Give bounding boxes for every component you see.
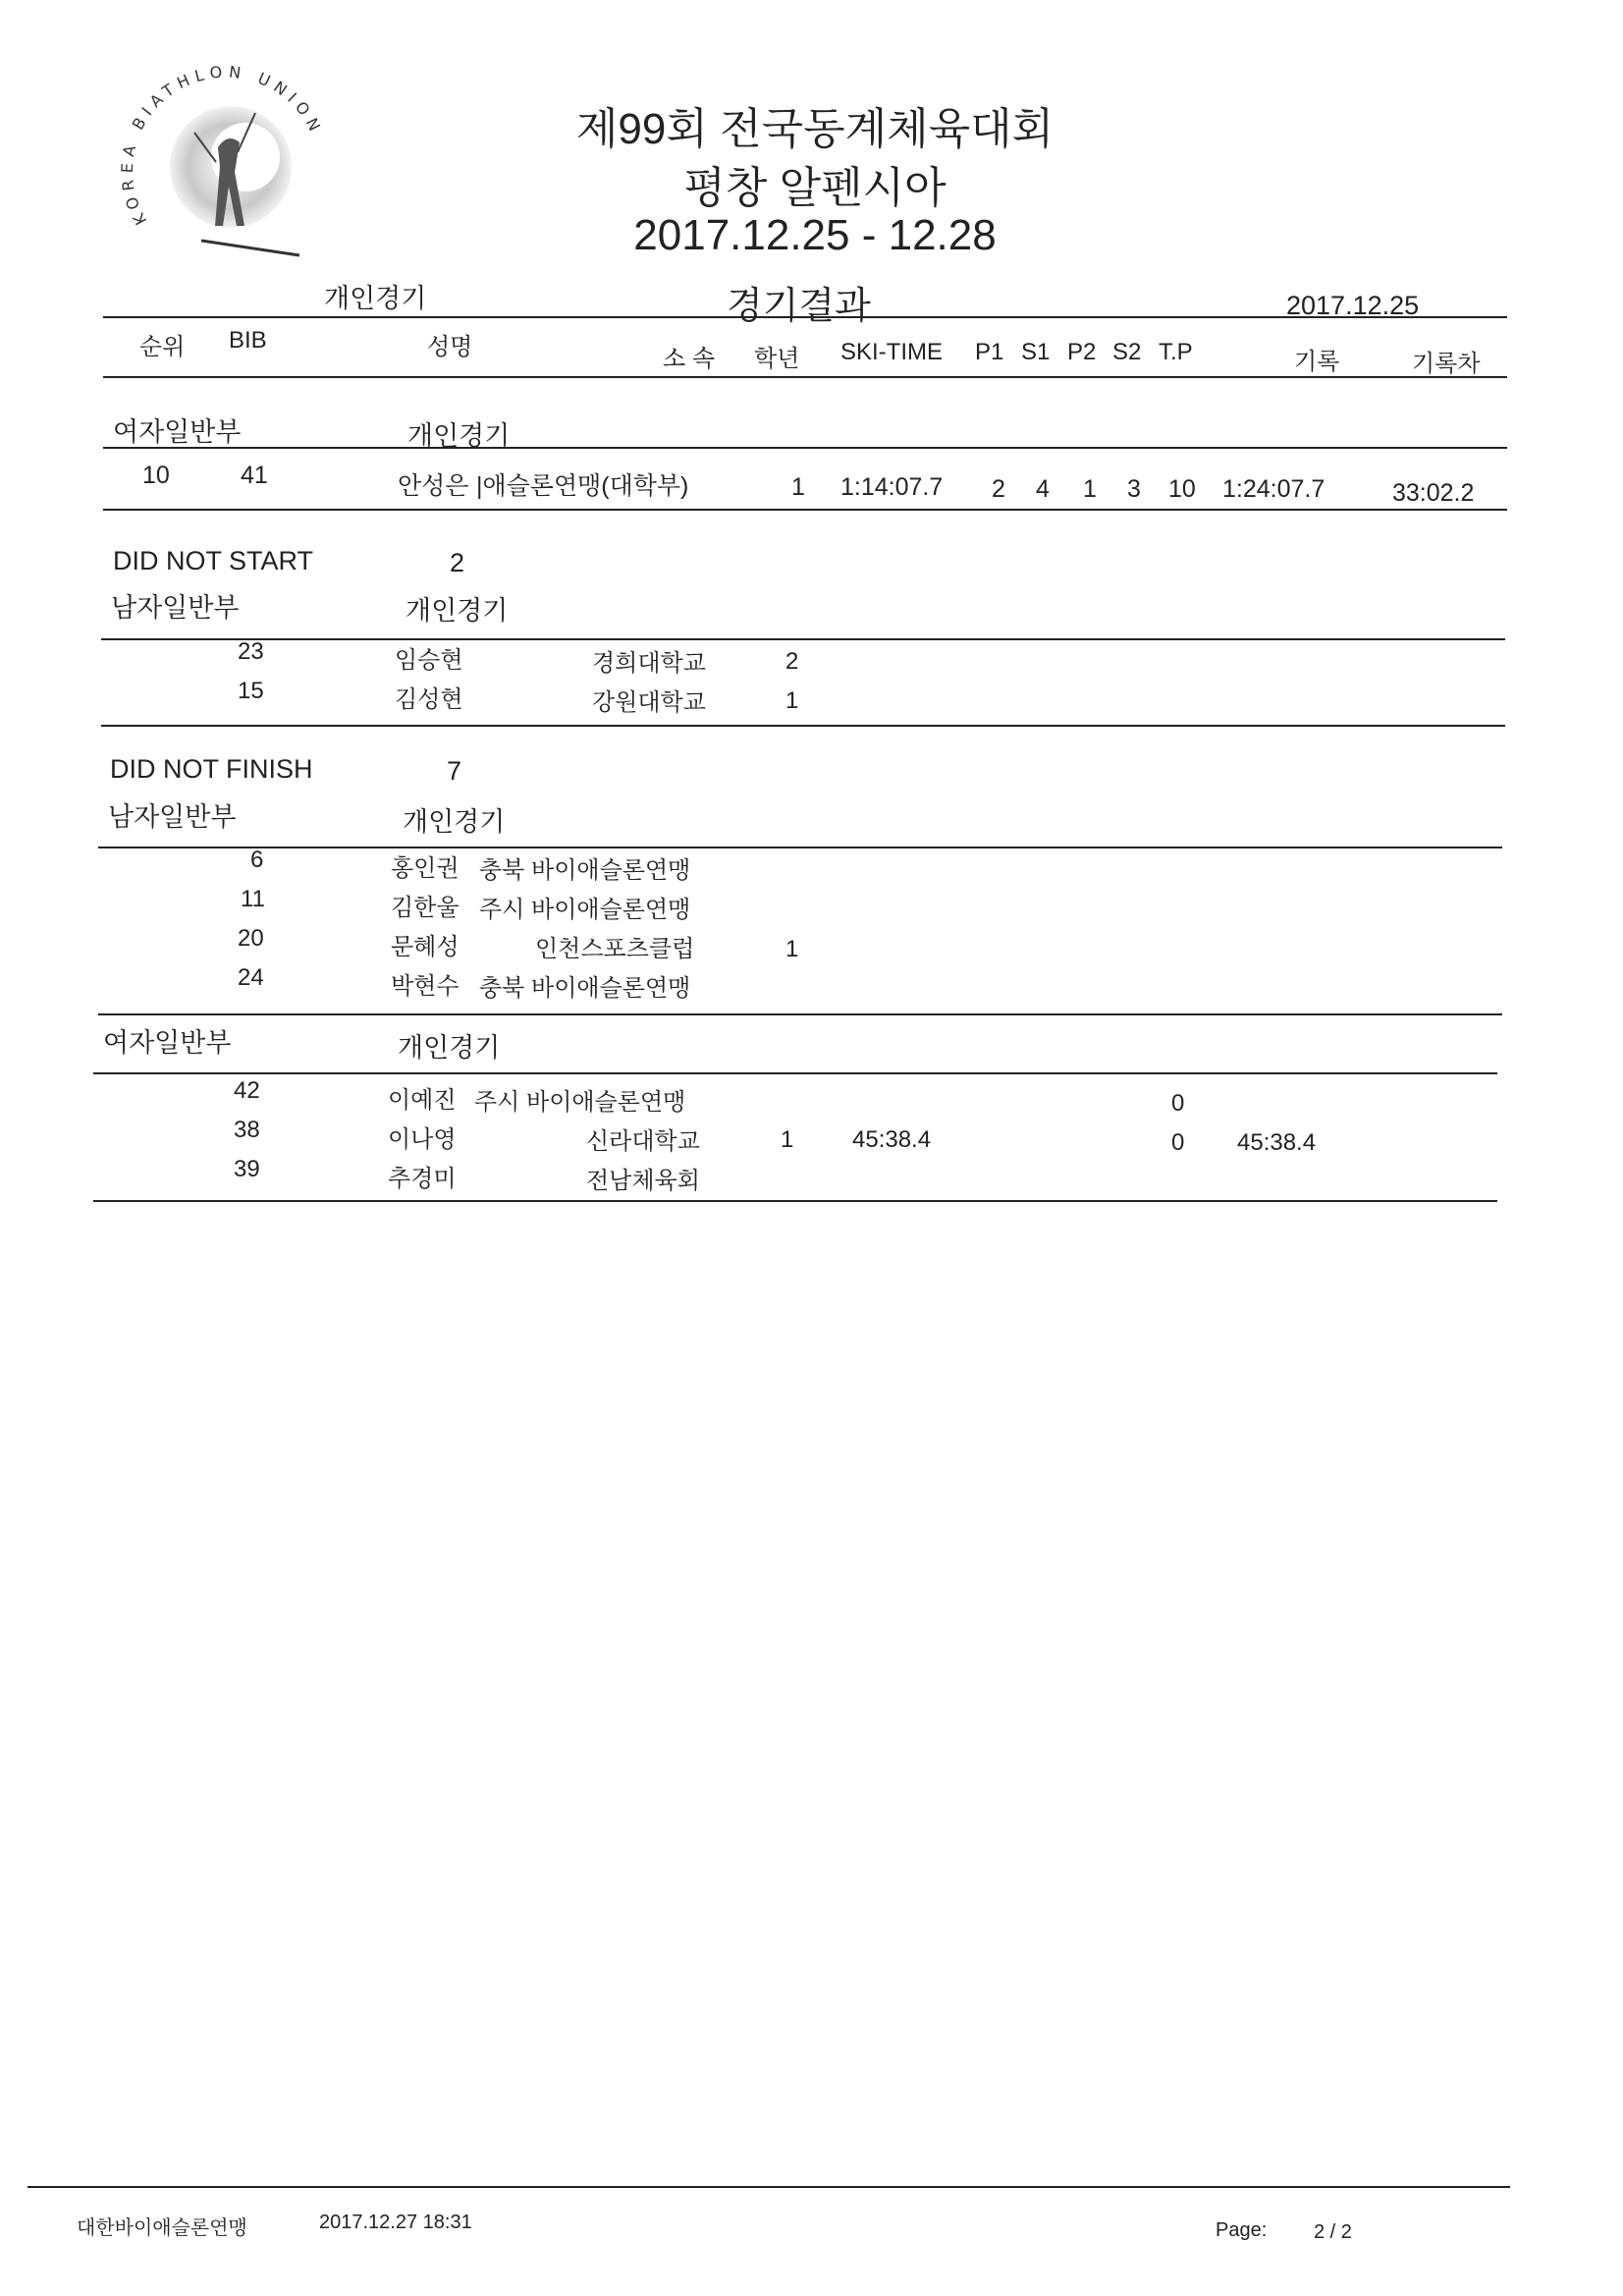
athlete-name: 안성은 xyxy=(398,466,468,502)
bib-value: 41 xyxy=(241,462,268,490)
column-rank: 순위 xyxy=(139,327,185,361)
dnf-label: DID NOT FINISH xyxy=(110,754,313,785)
event-label: 개인경기 xyxy=(398,1026,500,1065)
divider xyxy=(101,725,1505,727)
bib-value: 6 xyxy=(250,847,263,874)
event-label: 개인경기 xyxy=(403,800,505,839)
report-title: 경기결과 xyxy=(727,275,871,329)
bib-value: 15 xyxy=(238,678,264,705)
dns-count: 2 xyxy=(450,548,464,578)
footer-page-label: Page: xyxy=(1216,2219,1267,2242)
athlete-name: 박현수 xyxy=(391,966,460,1001)
column-name: 성명 xyxy=(427,327,472,361)
athlete-name: 김성현 xyxy=(395,680,463,714)
athlete-name: 홍인권 xyxy=(391,848,460,883)
korea-biathlon-union-logo: KOREA BIATHLON UNION xyxy=(108,54,344,260)
competition-title: 제99회 전국동계체육대회 xyxy=(471,93,1159,156)
record-value: 1:24:07.7 xyxy=(1222,475,1325,504)
column-grade: 학년 xyxy=(754,339,799,373)
divider xyxy=(103,376,1507,378)
divider xyxy=(103,316,1507,318)
divider xyxy=(98,1013,1502,1015)
record-value: 45:38.4 xyxy=(1237,1129,1316,1157)
event-label: 개인경기 xyxy=(406,589,508,628)
footer-divider xyxy=(27,2186,1510,2188)
column-affiliation: 소 속 xyxy=(663,339,715,373)
affiliation-value: 주시 바이애슬론연맹 xyxy=(474,1082,685,1117)
bib-value: 11 xyxy=(241,886,265,913)
footer-organization: 대한바이애슬론연맹 xyxy=(77,2212,247,2240)
athlete-name: 이예진 xyxy=(388,1080,457,1115)
column-p2: P2 xyxy=(1067,339,1096,366)
divider xyxy=(93,1072,1497,1074)
category-label: 남자일반부 xyxy=(108,795,236,834)
footer-printed-time: 2017.12.27 18:31 xyxy=(319,2212,472,2234)
rank-value: 10 xyxy=(142,462,170,490)
divider xyxy=(103,509,1507,511)
dns-label: DID NOT START xyxy=(113,546,313,576)
category-label: 여자일반부 xyxy=(103,1021,231,1060)
bib-value: 39 xyxy=(234,1156,260,1183)
divider xyxy=(93,1200,1497,1202)
s2-value: 3 xyxy=(1127,475,1141,504)
column-s2: S2 xyxy=(1112,339,1141,366)
divider xyxy=(101,638,1505,640)
date-range-title: 2017.12.25 - 12.28 xyxy=(471,211,1159,260)
column-tp: T.P xyxy=(1159,339,1193,366)
ski-time-value: 1:14:07.7 xyxy=(840,473,943,502)
footer-page-number: 2 / 2 xyxy=(1314,2221,1352,2244)
divider xyxy=(98,847,1502,848)
affiliation-value: 인천스포츠클럽 xyxy=(535,929,694,963)
ski-time-value: 45:38.4 xyxy=(852,1126,931,1154)
grade-value: 1 xyxy=(791,473,805,502)
affiliation-value: 강원대학교 xyxy=(592,683,706,717)
affiliation-value: |애슬론연맹(대학부) xyxy=(476,466,688,502)
tp-value: 0 xyxy=(1171,1090,1184,1118)
diff-value: 33:02.2 xyxy=(1392,479,1474,508)
affiliation-value: 충북 바이애슬론연맹 xyxy=(479,968,690,1003)
category-label: 남자일반부 xyxy=(111,586,239,625)
affiliation-value: 주시 바이애슬론연맹 xyxy=(479,890,690,924)
athlete-name: 추경미 xyxy=(388,1159,457,1193)
bib-value: 20 xyxy=(238,925,264,953)
column-s1: S1 xyxy=(1021,339,1050,366)
tp-value: 10 xyxy=(1168,475,1196,504)
affiliation-value: 경희대학교 xyxy=(592,643,706,678)
p1-value: 2 xyxy=(992,475,1005,504)
divider xyxy=(103,447,1507,449)
grade-value: 2 xyxy=(785,648,798,676)
grade-value: 1 xyxy=(785,936,798,963)
venue-title: 평창 알펜시아 xyxy=(471,152,1159,215)
tp-value: 0 xyxy=(1171,1129,1184,1157)
affiliation-value: 신라대학교 xyxy=(586,1121,700,1156)
category-label: 여자일반부 xyxy=(113,410,241,449)
grade-value: 1 xyxy=(785,687,798,715)
athlete-name: 이나영 xyxy=(388,1120,457,1154)
bib-value: 24 xyxy=(238,964,264,992)
column-ski-time: SKI-TIME xyxy=(840,339,943,366)
column-p1: P1 xyxy=(975,339,1003,366)
p2-value: 1 xyxy=(1083,475,1097,504)
athlete-name: 김한울 xyxy=(391,888,460,922)
column-bib: BIB xyxy=(229,327,267,355)
dnf-count: 7 xyxy=(447,756,461,787)
column-record: 기록 xyxy=(1294,342,1339,376)
event-name: 개인경기 xyxy=(324,277,426,315)
bib-value: 42 xyxy=(234,1077,260,1105)
bib-value: 38 xyxy=(234,1117,260,1144)
column-diff: 기록차 xyxy=(1412,344,1481,378)
s1-value: 4 xyxy=(1036,475,1050,504)
athlete-name: 임승현 xyxy=(395,640,463,675)
affiliation-value: 전남체육회 xyxy=(586,1161,700,1195)
bib-value: 23 xyxy=(238,638,264,666)
athlete-name: 문혜성 xyxy=(391,927,460,961)
grade-value: 1 xyxy=(781,1126,793,1154)
affiliation-value: 충북 바이애슬론연맹 xyxy=(479,850,690,885)
